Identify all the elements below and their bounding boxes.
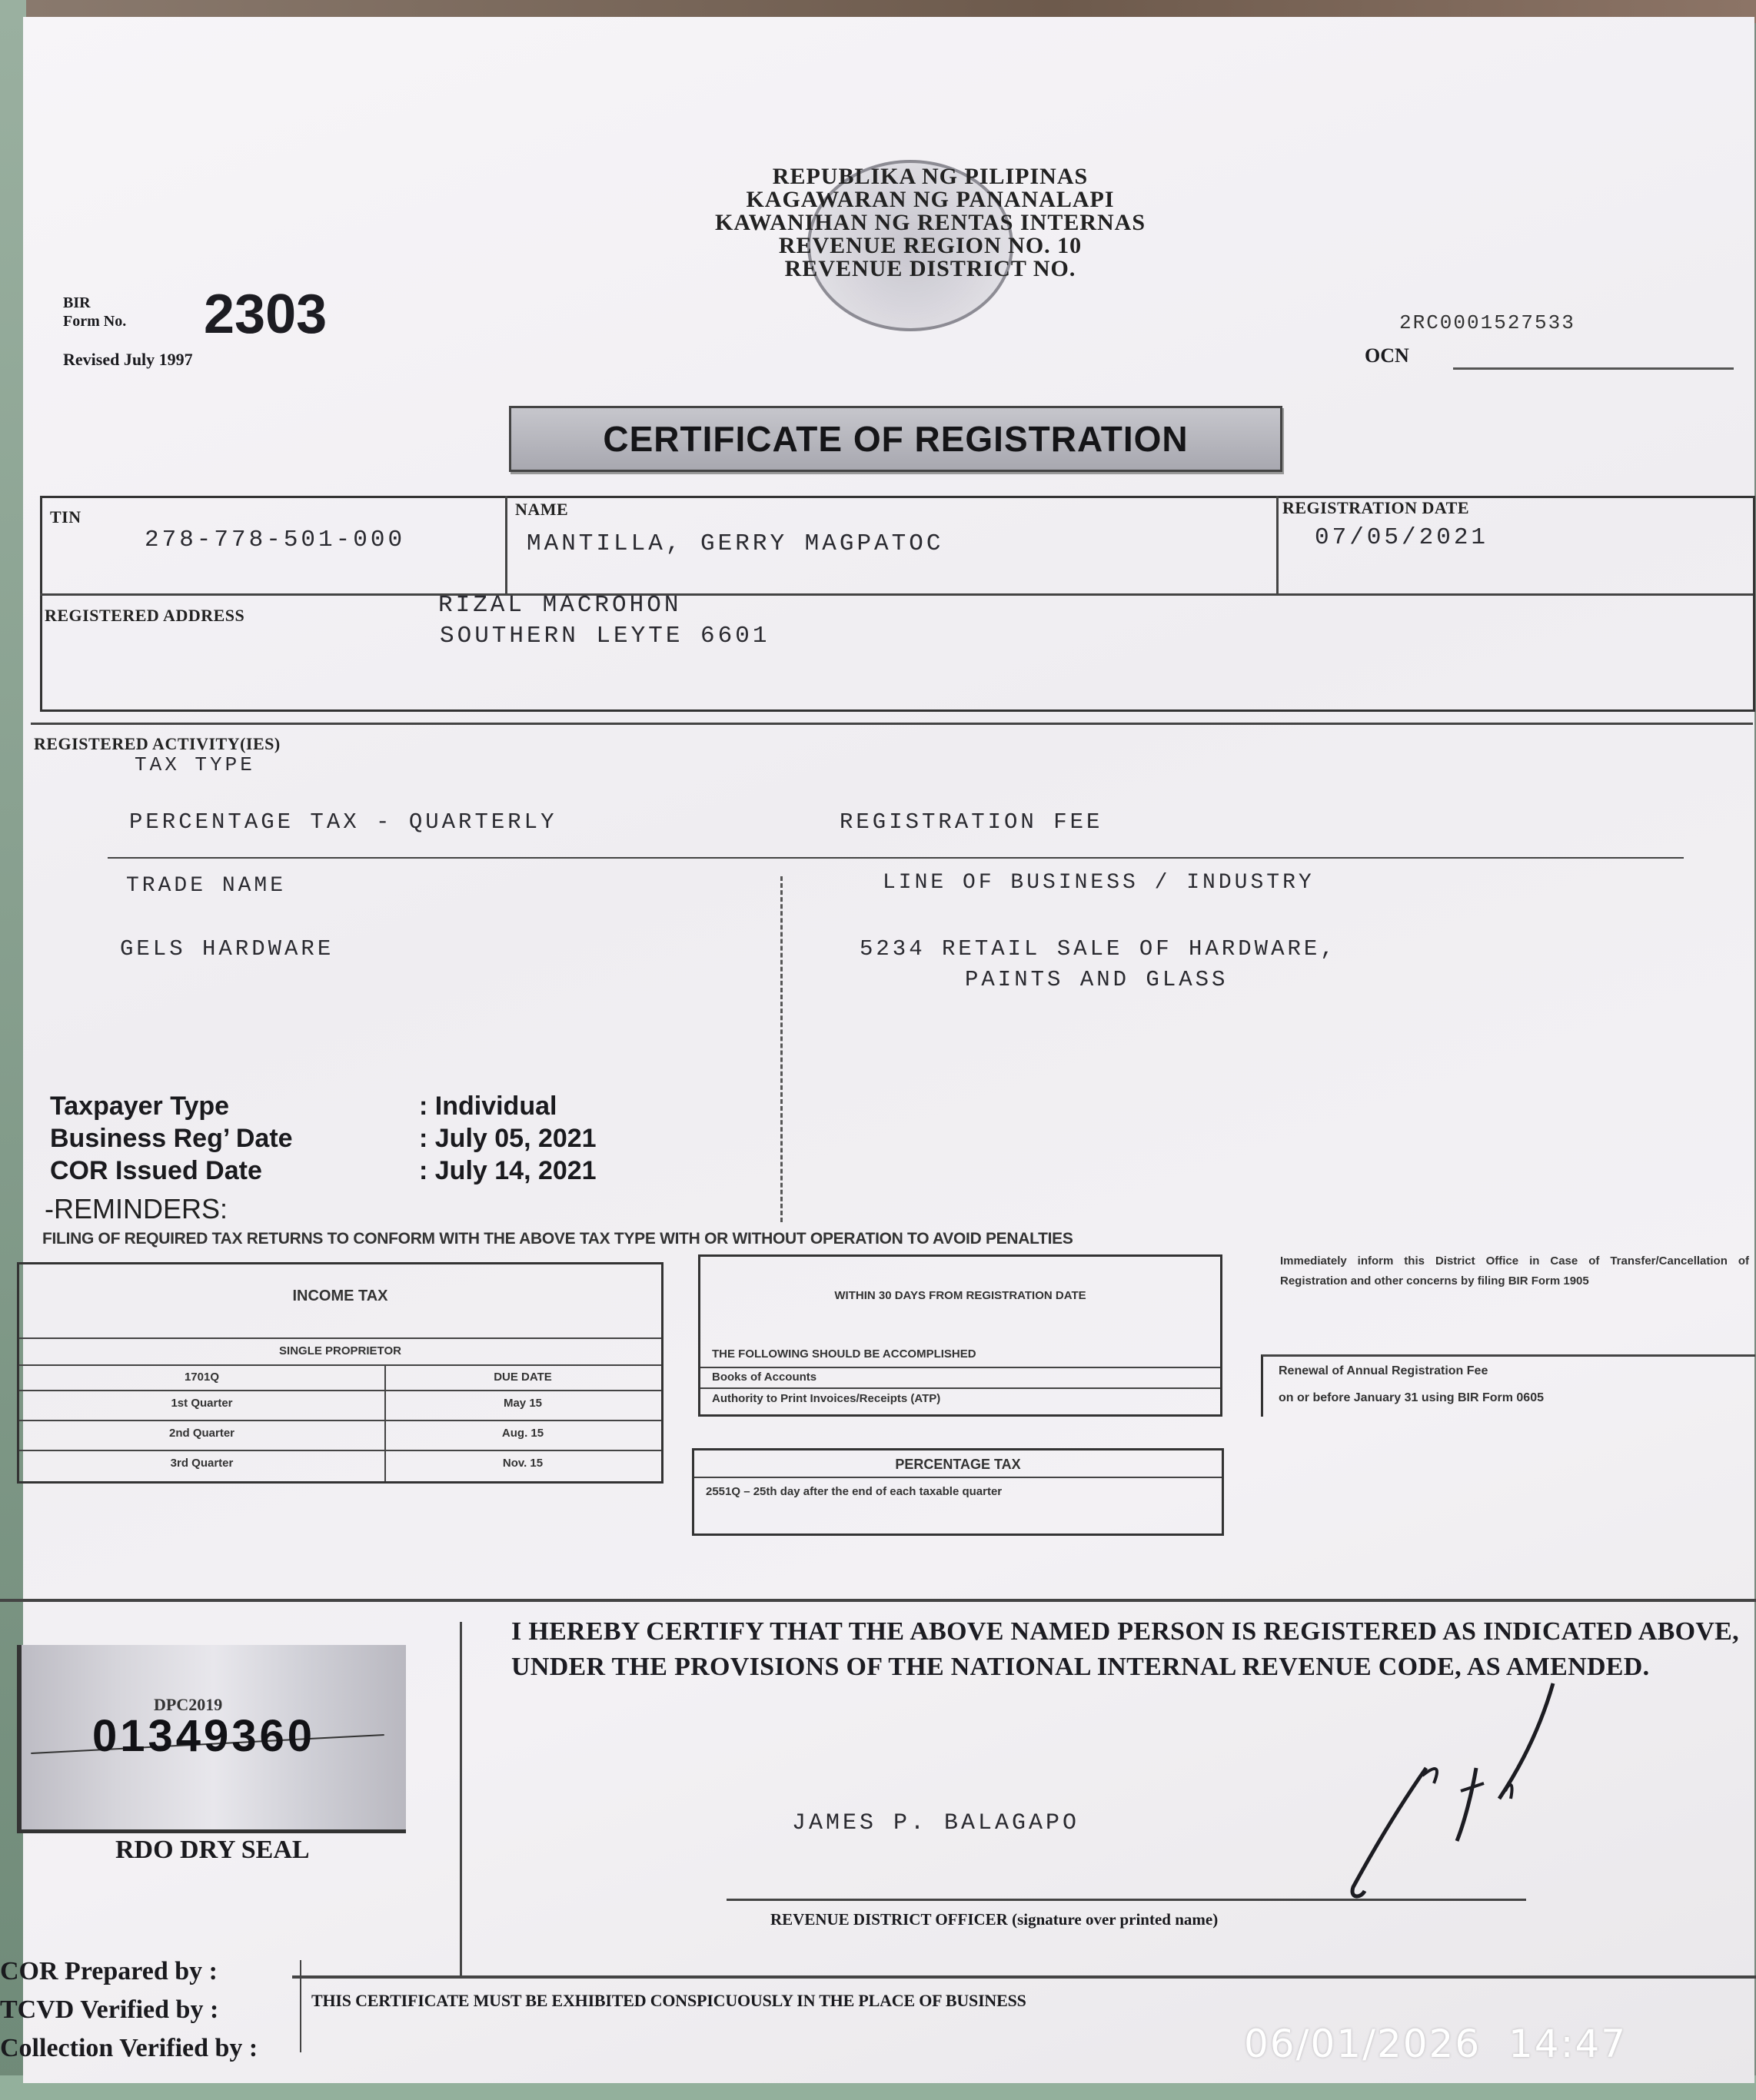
percentage-tax-box: PERCENTAGE TAX 2551Q – 25th day after th… bbox=[692, 1448, 1224, 1536]
registration-box-title: WITHIN 30 DAYS FROM REGISTRATION DATE bbox=[700, 1289, 1220, 1302]
gov-line-5: REVENUE DISTRICT NO. bbox=[630, 258, 1230, 281]
tin-name-divider bbox=[505, 496, 507, 593]
tax-type-1: PERCENTAGE TAX - QUARTERLY bbox=[129, 809, 557, 835]
cor-issued-value: : July 14, 2021 bbox=[419, 1155, 597, 1187]
address-label: REGISTERED ADDRESS bbox=[45, 606, 244, 626]
officer-title: REVENUE DISTRICT OFFICER (signature over… bbox=[770, 1910, 1218, 1929]
taxpayer-info: Taxpayer Type : Individual Business Reg’… bbox=[50, 1090, 597, 1187]
trade-line-divider bbox=[780, 876, 783, 1222]
collection-verified-by: Collection Verified by : bbox=[0, 2029, 258, 2068]
cor-issued-label: COR Issued Date bbox=[50, 1155, 419, 1187]
form-label: BIR Form No. bbox=[63, 294, 126, 331]
business-reg-row: Business Reg’ Date : July 05, 2021 bbox=[50, 1122, 597, 1155]
name-date-divider bbox=[1276, 496, 1279, 593]
income-tax-q1: 1st Quarter bbox=[19, 1397, 384, 1410]
income-tax-table: INCOME TAX SINGLE PROPRIETOR 1701Q DUE D… bbox=[17, 1262, 663, 1484]
address-line-1: RIZAL MACROHON bbox=[438, 592, 681, 619]
ocn-label: OCN bbox=[1365, 344, 1409, 367]
income-tax-title: INCOME TAX bbox=[19, 1288, 661, 1305]
tax-type-label: TAX TYPE bbox=[135, 753, 255, 776]
taxpayer-type-row: Taxpayer Type : Individual bbox=[50, 1090, 597, 1122]
officer-name: JAMES P. BALAGAPO bbox=[792, 1810, 1079, 1836]
tcvd-verified-by: TCVD Verified by : bbox=[0, 1991, 258, 2029]
percentage-tax-text: 2551Q – 25th day after the end of each t… bbox=[706, 1483, 1029, 1501]
gov-line-2: KAGAWARAN NG PANANALAPI bbox=[630, 188, 1230, 211]
trade-name-value: GELS HARDWARE bbox=[120, 936, 334, 962]
income-tax-q1-due: May 15 bbox=[384, 1397, 661, 1410]
cor-issued-row: COR Issued Date : July 14, 2021 bbox=[50, 1155, 597, 1187]
revised-date: Revised July 1997 bbox=[63, 350, 193, 370]
certification-top-line bbox=[0, 1599, 1756, 1602]
tax-type-2: REGISTRATION FEE bbox=[840, 809, 1102, 835]
tin-label: TIN bbox=[50, 507, 81, 527]
footer-divider bbox=[300, 1960, 301, 2052]
activities-top-line bbox=[31, 723, 1753, 725]
taxpayer-type-value: : Individual bbox=[419, 1090, 557, 1122]
registration-box-subtitle: THE FOLLOWING SHOULD BE ACCOMPLISHED bbox=[712, 1347, 976, 1361]
income-tax-line-2 bbox=[19, 1364, 661, 1366]
business-reg-label: Business Reg’ Date bbox=[50, 1122, 419, 1155]
form-label-formno: Form No. bbox=[63, 312, 126, 331]
footer-labels: COR Prepared by : TCVD Verified by : Col… bbox=[0, 1952, 258, 2068]
gov-line-1: REPUBLIKA NG PILIPINAS bbox=[630, 165, 1230, 188]
cor-prepared-by: COR Prepared by : bbox=[0, 1952, 258, 1991]
line-of-business-label: LINE OF BUSINESS / INDUSTRY bbox=[883, 871, 1315, 895]
name-value: MANTILLA, GERRY MAGPATOC bbox=[527, 530, 943, 557]
transfer-notice: Immediately inform this District Office … bbox=[1280, 1251, 1749, 1291]
income-tax-header-due: DUE DATE bbox=[384, 1371, 661, 1384]
reg-date-label: REGISTRATION DATE bbox=[1282, 498, 1469, 518]
renewal-title: Renewal of Annual Registration Fee bbox=[1279, 1364, 1488, 1378]
reminders-title: -REMINDERS: bbox=[45, 1193, 228, 1225]
gov-line-4: REVENUE REGION NO. 10 bbox=[630, 234, 1230, 258]
exhibit-notice: THIS CERTIFICATE MUST BE EXHIBITED CONSP… bbox=[311, 1991, 1026, 2011]
registration-box-line-2 bbox=[700, 1387, 1220, 1389]
income-tax-line-1 bbox=[19, 1337, 661, 1339]
certification-text: I HEREBY CERTIFY THAT THE ABOVE NAMED PE… bbox=[511, 1614, 1741, 1685]
income-tax-line-5 bbox=[19, 1450, 661, 1451]
footer-line bbox=[292, 1975, 1756, 1979]
trade-name-label: TRADE NAME bbox=[126, 874, 286, 898]
form-number: 2303 bbox=[204, 283, 327, 346]
seal-number: 01349360 bbox=[92, 1710, 315, 1762]
taxpayer-type-label: Taxpayer Type bbox=[50, 1090, 419, 1122]
renewal-box: Renewal of Annual Registration Fee on or… bbox=[1261, 1354, 1755, 1417]
income-tax-q3: 3rd Quarter bbox=[19, 1457, 384, 1470]
signature-line bbox=[727, 1899, 1526, 1901]
percentage-tax-title: PERCENTAGE TAX bbox=[694, 1457, 1222, 1473]
income-tax-line-3 bbox=[19, 1390, 661, 1391]
registrant-divider bbox=[40, 593, 1753, 596]
government-header: REPUBLIKA NG PILIPINAS KAGAWARAN NG PANA… bbox=[630, 165, 1230, 281]
income-tax-line-4 bbox=[19, 1420, 661, 1421]
reg-date-value: 07/05/2021 bbox=[1315, 524, 1488, 551]
income-tax-q2-due: Aug. 15 bbox=[384, 1427, 661, 1440]
income-tax-q3-due: Nov. 15 bbox=[384, 1457, 661, 1470]
form-label-bir: BIR bbox=[63, 294, 126, 312]
signature-icon bbox=[1307, 1676, 1645, 1906]
line-of-business-2: PAINTS AND GLASS bbox=[965, 967, 1228, 992]
registration-item-books: Books of Accounts bbox=[712, 1371, 816, 1384]
renewal-text: on or before January 31 using BIR Form 0… bbox=[1279, 1391, 1544, 1405]
reminders-intro: FILING OF REQUIRED TAX RETURNS TO CONFOR… bbox=[42, 1230, 1073, 1248]
photo-timestamp: 06/01/2026 14:47 bbox=[1244, 2022, 1627, 2066]
line-of-business-1: 5234 RETAIL SALE OF HARDWARE, bbox=[860, 936, 1337, 962]
activities-label: REGISTERED ACTIVITY(IES) bbox=[34, 734, 281, 754]
income-tax-subtitle: SINGLE PROPRIETOR bbox=[19, 1344, 661, 1357]
seal-caption: RDO DRY SEAL bbox=[115, 1836, 310, 1865]
income-tax-q2: 2nd Quarter bbox=[19, 1427, 384, 1440]
certificate-title: CERTIFICATE OF REGISTRATION bbox=[509, 406, 1282, 472]
address-line-2: SOUTHERN LEYTE 6601 bbox=[440, 623, 770, 650]
ocn-underline bbox=[1453, 367, 1734, 370]
registration-requirements-box: WITHIN 30 DAYS FROM REGISTRATION DATE TH… bbox=[698, 1254, 1222, 1417]
tin-value: 278-778-501-000 bbox=[145, 527, 405, 553]
registration-box-line-1 bbox=[700, 1367, 1220, 1368]
business-reg-value: : July 05, 2021 bbox=[419, 1122, 597, 1155]
name-label: NAME bbox=[515, 500, 568, 520]
income-tax-header-form: 1701Q bbox=[19, 1371, 384, 1384]
gov-line-3: KAWANIHAN NG RENTAS INTERNAS bbox=[630, 211, 1230, 234]
registration-item-atp: Authority to Print Invoices/Receipts (AT… bbox=[712, 1392, 940, 1405]
tax-type-divider bbox=[108, 857, 1684, 859]
percentage-tax-line bbox=[694, 1477, 1222, 1478]
seal-column-divider bbox=[460, 1622, 462, 1975]
ocn-value: 2RC0001527533 bbox=[1399, 311, 1575, 334]
